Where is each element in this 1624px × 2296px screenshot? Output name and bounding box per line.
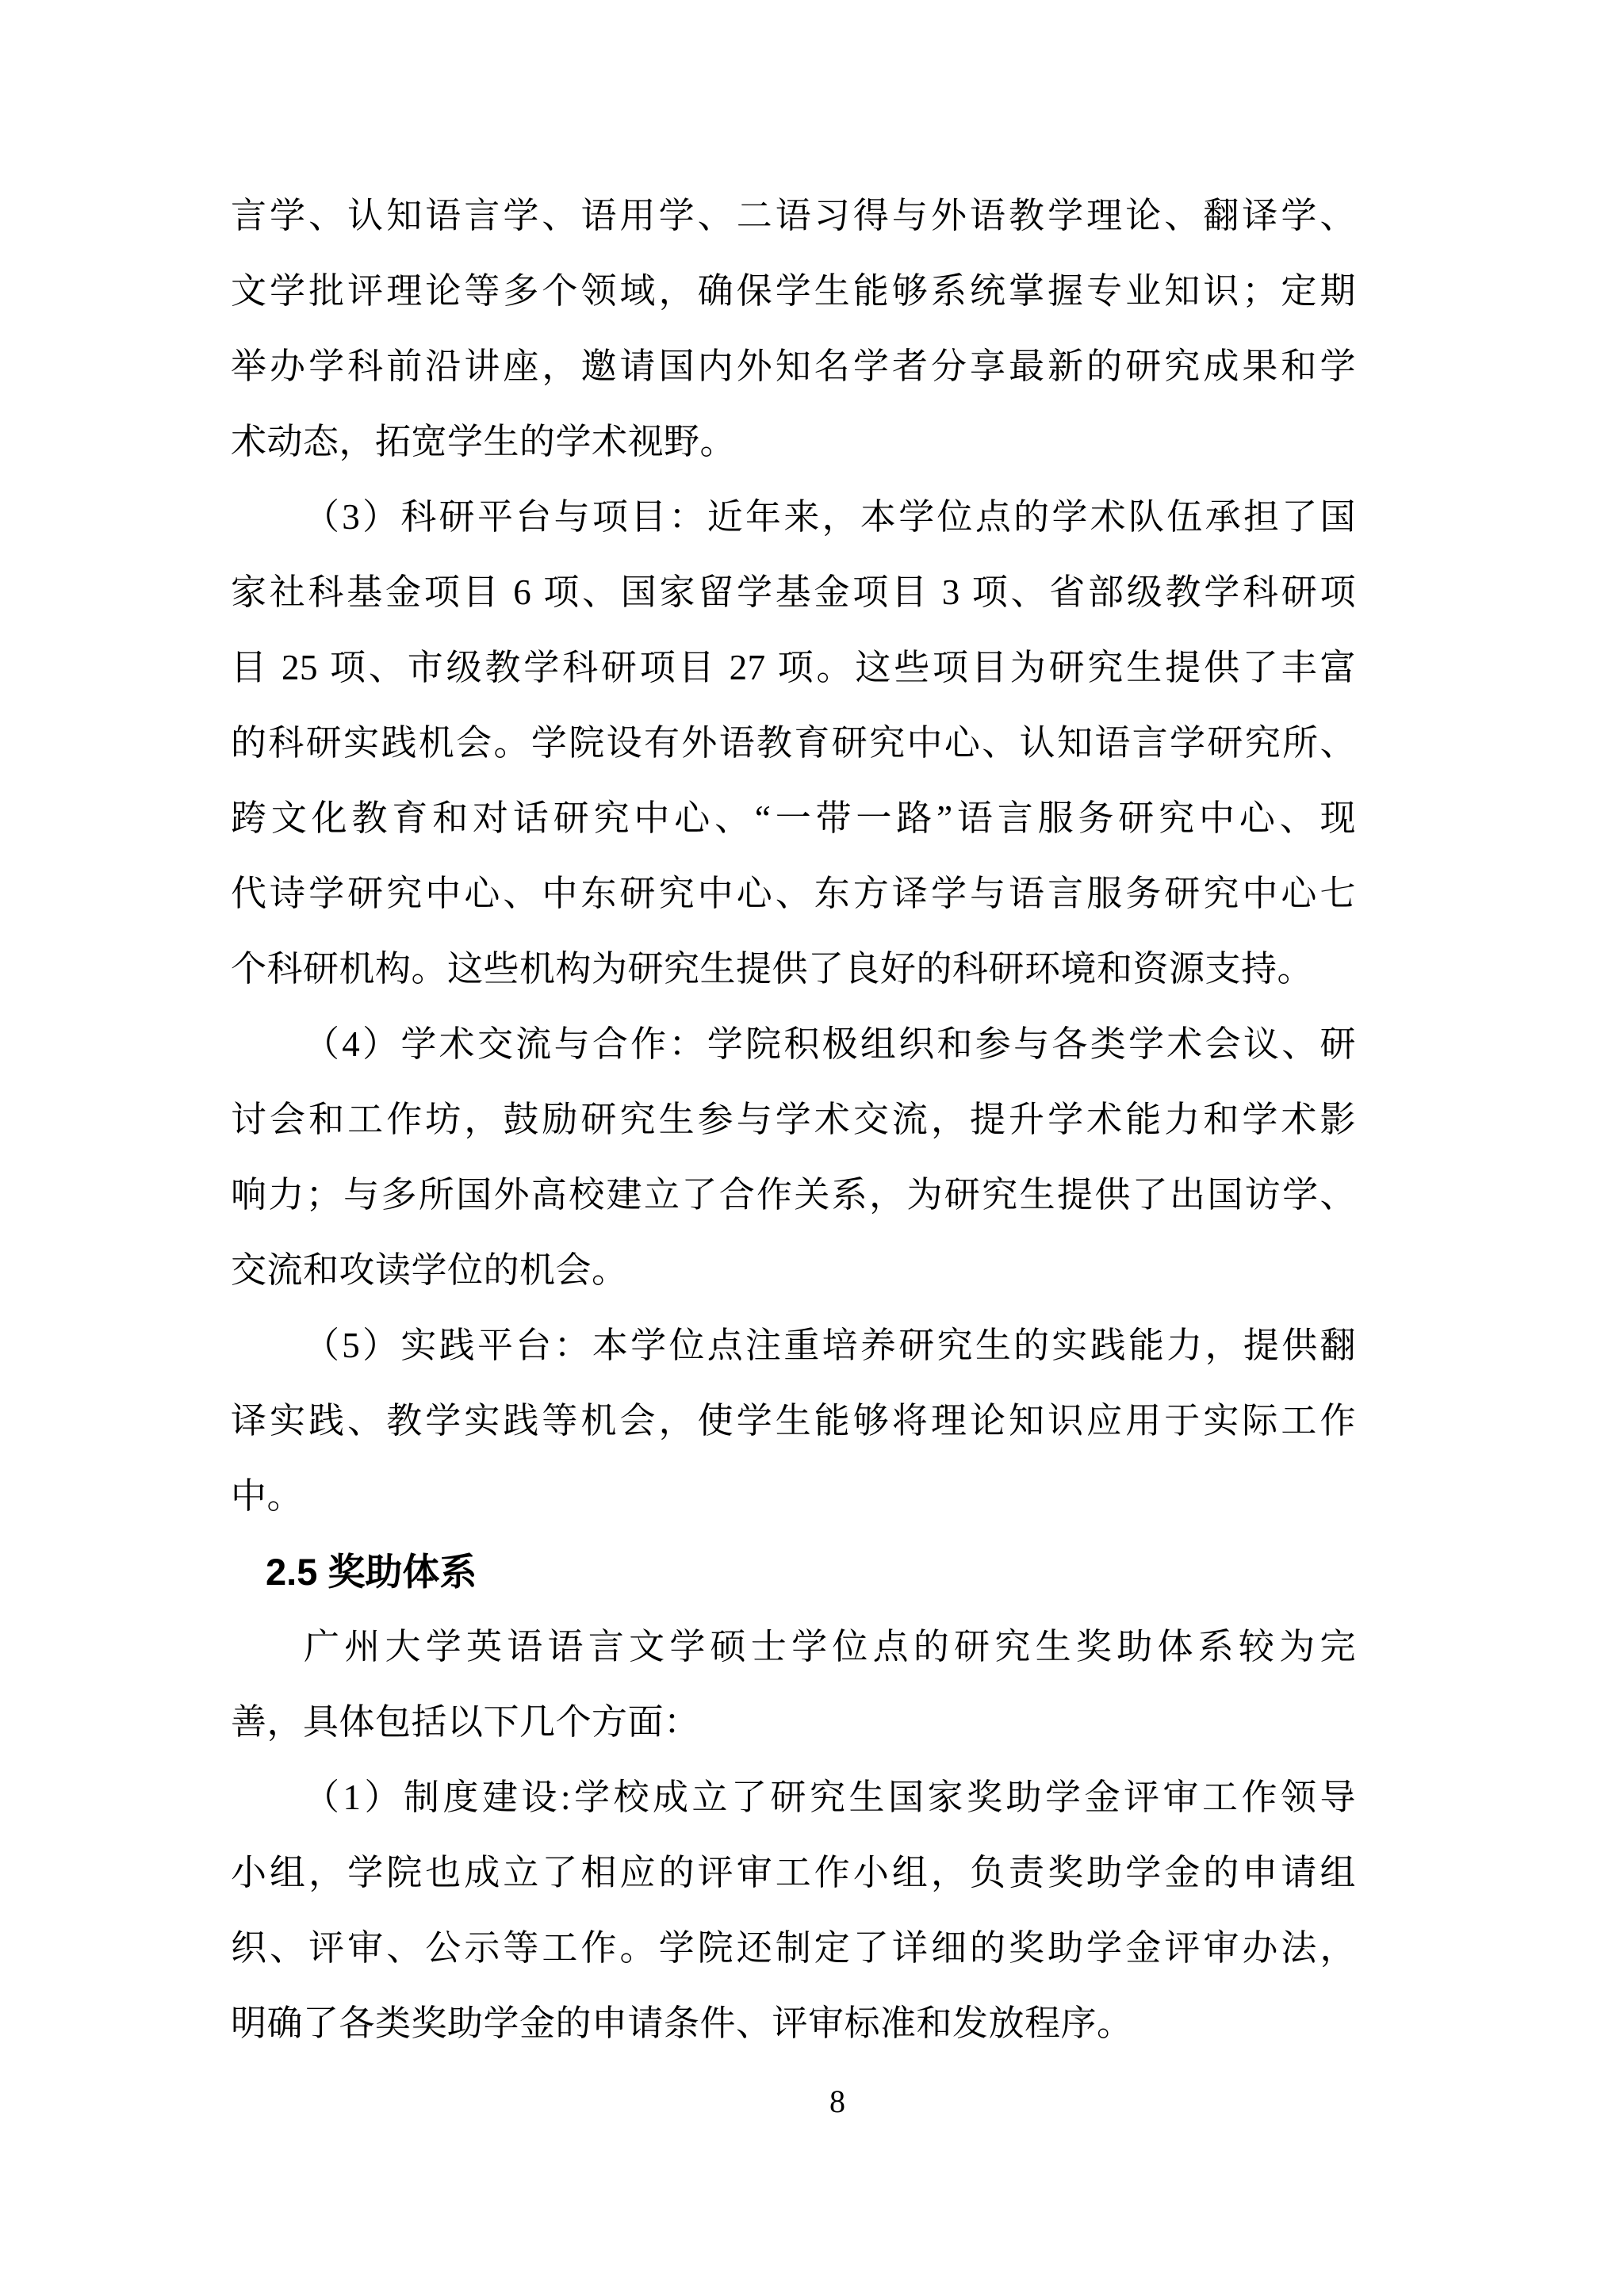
- document-page: 言学、认知语言学、语用学、二语习得与外语教学理论、翻译学、 文学批评理论等多个领…: [0, 0, 1624, 2296]
- text-line: 代诗学研究中心、中东研究中心、东方译学与语言服务研究中心七: [231, 856, 1356, 932]
- text-line: 译实践、教学实践等机会，使学生能够将理论知识应用于实际工作: [231, 1383, 1356, 1459]
- text-line: （3）科研平台与项目：近年来，本学位点的学术队伍承担了国: [231, 480, 1356, 555]
- text-line: 目 25 项、市级教学科研项目 27 项。这些项目为研究生提供了丰富: [231, 630, 1356, 706]
- text-line: 中。: [231, 1459, 1356, 1534]
- page-number: 8: [829, 2083, 845, 2121]
- text-line: 广州大学英语语言文学硕士学位点的研究生奖助体系较为完: [231, 1609, 1356, 1685]
- text-line: 言学、认知语言学、语用学、二语习得与外语教学理论、翻译学、: [231, 178, 1356, 254]
- text-line: 织、评审、公示等工作。学院还制定了详细的奖助学金评审办法，: [231, 1911, 1356, 1986]
- text-line: 明确了各类奖助学金的申请条件、评审标准和发放程序。: [231, 1986, 1356, 2061]
- text-line: 家社科基金项目 6 项、国家留学基金项目 3 项、省部级教学科研项: [231, 555, 1356, 630]
- text-line: 举办学科前沿讲座，邀请国内外知名学者分享最新的研究成果和学: [231, 329, 1356, 404]
- text-line: 小组，学院也成立了相应的评审工作小组，负责奖助学金的申请组: [231, 1835, 1356, 1911]
- text-line: 善，具体包括以下几个方面：: [231, 1685, 1356, 1760]
- text-line: 讨会和工作坊，鼓励研究生参与学术交流，提升学术能力和学术影: [231, 1082, 1356, 1158]
- text-line: 交流和攻读学位的机会。: [231, 1233, 1356, 1308]
- text-line: 响力；与多所国外高校建立了合作关系，为研究生提供了出国访学、: [231, 1158, 1356, 1233]
- document-body: 言学、认知语言学、语用学、二语习得与外语教学理论、翻译学、 文学批评理论等多个领…: [231, 178, 1356, 2061]
- text-line: （5）实践平台：本学位点注重培养研究生的实践能力，提供翻: [231, 1308, 1356, 1383]
- text-line: 个科研机构。这些机构为研究生提供了良好的科研环境和资源支持。: [231, 932, 1356, 1007]
- text-line: 术动态，拓宽学生的学术视野。: [231, 404, 1356, 480]
- text-line: （4）学术交流与合作：学院积极组织和参与各类学术会议、研: [231, 1007, 1356, 1082]
- text-line: 文学批评理论等多个领域，确保学生能够系统掌握专业知识；定期: [231, 254, 1356, 329]
- text-line: （1）制度建设:学校成立了研究生国家奖助学金评审工作领导: [231, 1760, 1356, 1835]
- text-line: 的科研实践机会。学院设有外语教育研究中心、认知语言学研究所、: [231, 706, 1356, 781]
- section-heading: 2.5 奖助体系: [266, 1534, 1356, 1609]
- text-line: 跨文化教育和对话研究中心、“一带一路”语言服务研究中心、现: [231, 781, 1356, 856]
